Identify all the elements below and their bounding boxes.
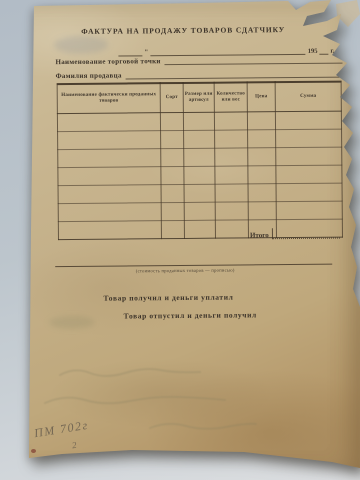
photo-of-invoice-document: ФАКТУРА НА ПРОДАЖУ ТОВАРОВ СДАТЧИКУ " 19… bbox=[0, 0, 360, 480]
stain-dot bbox=[31, 449, 36, 453]
pencil-archival-code-sub: 2 bbox=[71, 440, 77, 451]
faded-handwriting-scribbles bbox=[0, 0, 360, 480]
paper-sheet: ФАКТУРА НА ПРОДАЖУ ТОВАРОВ СДАТЧИКУ " 19… bbox=[0, 0, 360, 480]
invoice-paper: ФАКТУРА НА ПРОДАЖУ ТОВАРОВ СДАТЧИКУ " 19… bbox=[0, 0, 360, 480]
